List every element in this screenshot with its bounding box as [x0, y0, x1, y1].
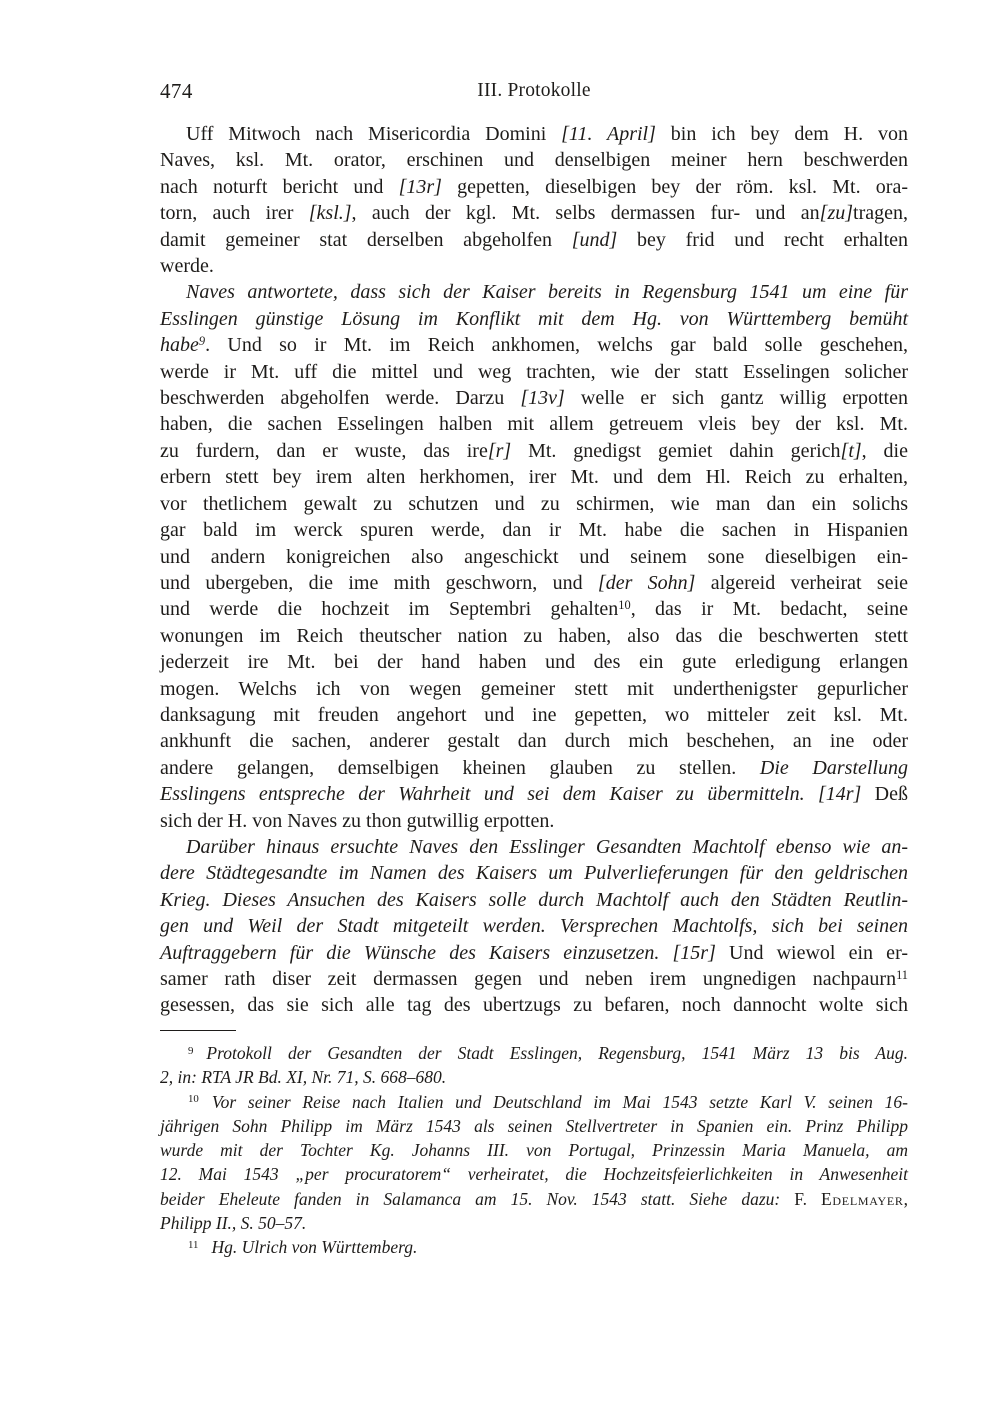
- text-line: dere Städtegesandte im Namen des Kaisers…: [160, 860, 908, 886]
- text-run: gar bald im werck spuren werde, dan ir M…: [160, 519, 908, 541]
- text-run: werde ir Mt. uff die mittel und weg trac…: [160, 361, 908, 383]
- text-run: gesessen, das sie sich alle tag des uber…: [160, 994, 908, 1016]
- footnote-marker: 9: [188, 1045, 193, 1057]
- text-run-italic: Esslingen günstige Lösung im Konflikt mi…: [160, 308, 908, 330]
- footnote-separator-rule: [160, 1030, 236, 1031]
- text-run-italic: [13r]: [399, 176, 442, 198]
- text-line: wonungen im Reich theutscher nation zu h…: [160, 623, 908, 649]
- text-line: beschwerden abgeholfen werde. Darzu [13v…: [160, 385, 908, 411]
- text-line: jährigen Sohn Philipp im März 1543 als s…: [160, 1114, 908, 1138]
- text-line: Naves, ksl. Mt. orator, erschinen und de…: [160, 147, 908, 173]
- text-line: Esslingens entspreche der Wahrheit und s…: [160, 781, 908, 807]
- text-line: habe9. Und so ir Mt. im Reich ankhomen, …: [160, 332, 908, 358]
- text-run: bey frid und recht erhalten: [617, 229, 908, 251]
- text-run-italic: [und]: [572, 229, 618, 251]
- text-line: gar bald im werck spuren werde, dan ir M…: [160, 517, 908, 543]
- text-run: wonungen im Reich theutscher nation zu h…: [160, 625, 908, 647]
- text-run-italic: Vor seiner Reise nach Italien und Deutsc…: [212, 1092, 908, 1112]
- text-line: Esslingen günstige Lösung im Konflikt mi…: [160, 306, 908, 332]
- text-run: F.: [794, 1189, 821, 1209]
- text-line: Krieg. Dieses Ansuchen des Kaisers solle…: [160, 887, 908, 913]
- text-run-italic: [der Sohn]: [598, 572, 696, 594]
- text-run-italic: Krieg. Dieses Ansuchen des Kaisers solle…: [160, 889, 908, 911]
- text-line: danksagung mit freuden angehort und ine …: [160, 702, 908, 728]
- text-line: wurde mit der Tochter Kg. Johanns III. v…: [160, 1138, 908, 1162]
- text-run: werde.: [160, 255, 214, 277]
- text-run: gepetten, dieselbigen bey der röm. ksl. …: [442, 176, 908, 198]
- text-run: Naves, ksl. Mt. orator, erschinen und de…: [160, 149, 908, 171]
- text-line: und ubergeben, die ime mith geschworn, u…: [160, 570, 908, 596]
- text-run-italic: Darüber hinaus ersuchte Naves den Esslin…: [186, 836, 908, 858]
- text-run: mogen. Welchs ich von wegen gemeiner ste…: [160, 678, 908, 700]
- smallcaps-name: Edelmayer: [821, 1189, 904, 1209]
- text-run: samer rath diser zeit dermassen gegen un…: [160, 968, 896, 990]
- footnote-ref: 9: [199, 334, 205, 348]
- text-line: Philipp II., S. 50–57.: [160, 1211, 908, 1235]
- text-line: werde.: [160, 253, 908, 279]
- text-run: torn, auch irer: [160, 202, 309, 224]
- text-run-italic: Protokoll der Gesandten der Stadt Esslin…: [206, 1043, 908, 1063]
- text-line: und werde die hochzeit im Septembri geha…: [160, 596, 908, 622]
- text-run-italic: Esslingens entspreche der Wahrheit und s…: [160, 783, 861, 805]
- text-line: damit gemeiner stat derselben abgeholfen…: [160, 227, 908, 253]
- text-run-italic: wurde mit der Tochter Kg. Johanns III. v…: [160, 1140, 908, 1160]
- text-run: , das ir Mt. bedacht, seine: [631, 598, 908, 620]
- text-run: sich der H. von Naves zu thon gutwillig …: [160, 810, 554, 832]
- text-line: samer rath diser zeit dermassen gegen un…: [160, 966, 908, 992]
- text-line: 11Hg. Ulrich von Württemberg.: [160, 1235, 908, 1259]
- text-run: nach noturft bericht und: [160, 176, 399, 198]
- text-run: tragen,: [853, 202, 908, 224]
- text-run-italic: 12. Mai 1543 „per procuratorem“ verheira…: [160, 1164, 908, 1184]
- text-run: beschwerden abgeholfen werde. Darzu: [160, 387, 520, 409]
- text-run: ,: [904, 1189, 908, 1209]
- text-run-italic: Hg. Ulrich von Württemberg.: [211, 1237, 417, 1257]
- footnotes: 9Protokoll der Gesandten der Stadt Essli…: [160, 1041, 908, 1260]
- text-run: damit gemeiner stat derselben abgeholfen: [160, 229, 572, 251]
- text-run: Deß: [861, 783, 908, 805]
- text-run: erbern stett bey irem alten herkhomen, i…: [160, 466, 908, 488]
- text-run-italic: jährigen Sohn Philipp im März 1543 als s…: [160, 1116, 908, 1136]
- body-text: Uff Mitwoch nach Misericordia Domini [11…: [160, 121, 908, 1019]
- text-line: Uff Mitwoch nach Misericordia Domini [11…: [160, 121, 908, 147]
- text-line: gen und Weil der Stadt mitgeteilt werden…: [160, 913, 908, 939]
- text-run-italic: [zu]: [820, 202, 853, 224]
- text-line: Darüber hinaus ersuchte Naves den Esslin…: [160, 834, 908, 860]
- text-run-italic: dere Städtegesandte im Namen des Kaisers…: [160, 862, 908, 884]
- text-line: 10Vor seiner Reise nach Italien und Deut…: [160, 1090, 908, 1114]
- text-run-italic: Philipp II., S. 50–57.: [160, 1213, 306, 1233]
- text-line: jederzeit ire Mt. bei der hand haben und…: [160, 649, 908, 675]
- text-run-italic: Naves antwortete, dass sich der Kaiser b…: [186, 281, 908, 303]
- text-run: welle er sich gantz willig erpotten: [565, 387, 908, 409]
- text-line: Auftraggebern für die Wünsche des Kaiser…: [160, 940, 908, 966]
- text-run-italic: [11. April]: [561, 123, 656, 145]
- text-line: gesessen, das sie sich alle tag des uber…: [160, 992, 908, 1018]
- text-run-italic: gen und Weil der Stadt mitgeteilt werden…: [160, 915, 908, 937]
- book-page: 474 III. Protokolle Uff Mitwoch nach Mis…: [0, 0, 1004, 1418]
- text-run: und ubergeben, die ime mith geschworn, u…: [160, 572, 598, 594]
- text-line: torn, auch irer [ksl.], auch der kgl. Mt…: [160, 200, 908, 226]
- page-header: 474 III. Protokolle: [160, 78, 908, 104]
- text-line: ankhunft die sachen, anderer gestalt dan…: [160, 728, 908, 754]
- text-run-italic: Auftraggebern für die Wünsche des Kaiser…: [160, 942, 716, 964]
- text-line: zu furdern, dan er wuste, das ire[r] Mt.…: [160, 438, 908, 464]
- text-run: und andern konigreichen also angeschickt…: [160, 546, 908, 568]
- text-line: erbern stett bey irem alten herkhomen, i…: [160, 464, 908, 490]
- text-line: 9Protokoll der Gesandten der Stadt Essli…: [160, 1041, 908, 1065]
- text-run: Mt. gnedigst gemiet dahin gerich: [511, 440, 840, 462]
- text-run: vor thetlichem gewalt zu schutzen und zu…: [160, 493, 908, 515]
- text-run-italic: beider Eheleute fanden in Salamanca am 1…: [160, 1189, 794, 1209]
- text-line: 2, in: RTA JR Bd. XI, Nr. 71, S. 668–680…: [160, 1065, 908, 1089]
- text-run: zu furdern, dan er wuste, das ire: [160, 440, 488, 462]
- text-run-italic: habe: [160, 334, 199, 356]
- text-run-italic: [13v]: [520, 387, 564, 409]
- text-run-italic: Die Darstellung: [760, 757, 908, 779]
- text-run: haben, die sachen Esselingen halben mit …: [160, 413, 908, 435]
- text-line: sich der H. von Naves zu thon gutwillig …: [160, 808, 908, 834]
- text-run: ankhunft die sachen, anderer gestalt dan…: [160, 730, 908, 752]
- text-run: Und wiewol ein er-: [716, 942, 908, 964]
- text-line: vor thetlichem gewalt zu schutzen und zu…: [160, 491, 908, 517]
- text-run: und werde die hochzeit im Septembri geha…: [160, 598, 618, 620]
- text-run-italic: [ksl.]: [309, 202, 352, 224]
- text-line: und andern konigreichen also angeschickt…: [160, 544, 908, 570]
- text-line: 12. Mai 1543 „per procuratorem“ verheira…: [160, 1162, 908, 1186]
- text-run: Uff Mitwoch nach Misericordia Domini: [186, 123, 561, 145]
- text-run-italic: 2, in: RTA JR Bd. XI, Nr. 71, S. 668–680…: [160, 1067, 446, 1087]
- text-run: . Und so ir Mt. im Reich ankhomen, welch…: [205, 334, 908, 356]
- text-run-italic: [r]: [488, 440, 511, 462]
- footnote-ref: 11: [896, 968, 908, 982]
- text-line: Naves antwortete, dass sich der Kaiser b…: [160, 279, 908, 305]
- text-line: andere gelangen, demselbigen kheinen gla…: [160, 755, 908, 781]
- text-run: danksagung mit freuden angehort und ine …: [160, 704, 908, 726]
- page-number: 474: [160, 78, 193, 104]
- text-line: haben, die sachen Esselingen halben mit …: [160, 411, 908, 437]
- text-run: , auch der kgl. Mt. selbs dermassen fur-…: [352, 202, 820, 224]
- text-line: nach noturft bericht und [13r] gepetten,…: [160, 174, 908, 200]
- text-run: , die: [862, 440, 908, 462]
- footnote-marker: 10: [188, 1093, 199, 1105]
- footnote-ref: 10: [618, 598, 630, 612]
- footnote-marker: 11: [188, 1239, 198, 1251]
- text-line: beider Eheleute fanden in Salamanca am 1…: [160, 1187, 908, 1211]
- text-run: algereid verheirat seie: [695, 572, 908, 594]
- running-head: III. Protokolle: [160, 78, 908, 104]
- text-run: andere gelangen, demselbigen kheinen gla…: [160, 757, 760, 779]
- text-run: jederzeit ire Mt. bei der hand haben und…: [160, 651, 908, 673]
- text-line: mogen. Welchs ich von wegen gemeiner ste…: [160, 676, 908, 702]
- text-run: bin ich bey dem H. von: [656, 123, 908, 145]
- text-run-italic: [t]: [841, 440, 862, 462]
- text-line: werde ir Mt. uff die mittel und weg trac…: [160, 359, 908, 385]
